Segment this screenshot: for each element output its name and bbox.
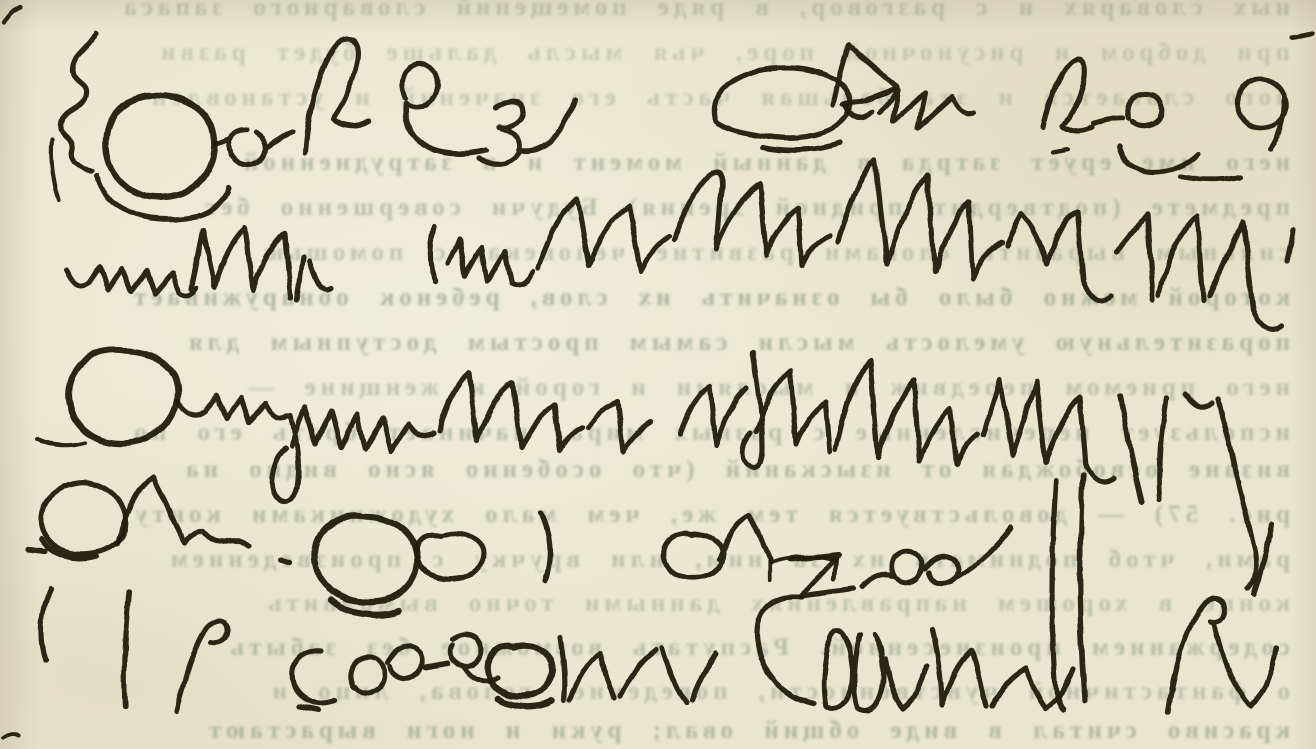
scribble-row-2 — [66, 159, 1293, 330]
child-scribble-drawing — [0, 0, 1316, 749]
scribble-row-4 — [28, 475, 1085, 712]
scribble-row-5 — [292, 524, 1276, 712]
scribble-row-1 — [51, 33, 1286, 219]
scanned-book-page: ных словарях и с разговор, в ряде помеще… — [0, 0, 1316, 749]
scribble-row-3 — [37, 351, 1256, 588]
